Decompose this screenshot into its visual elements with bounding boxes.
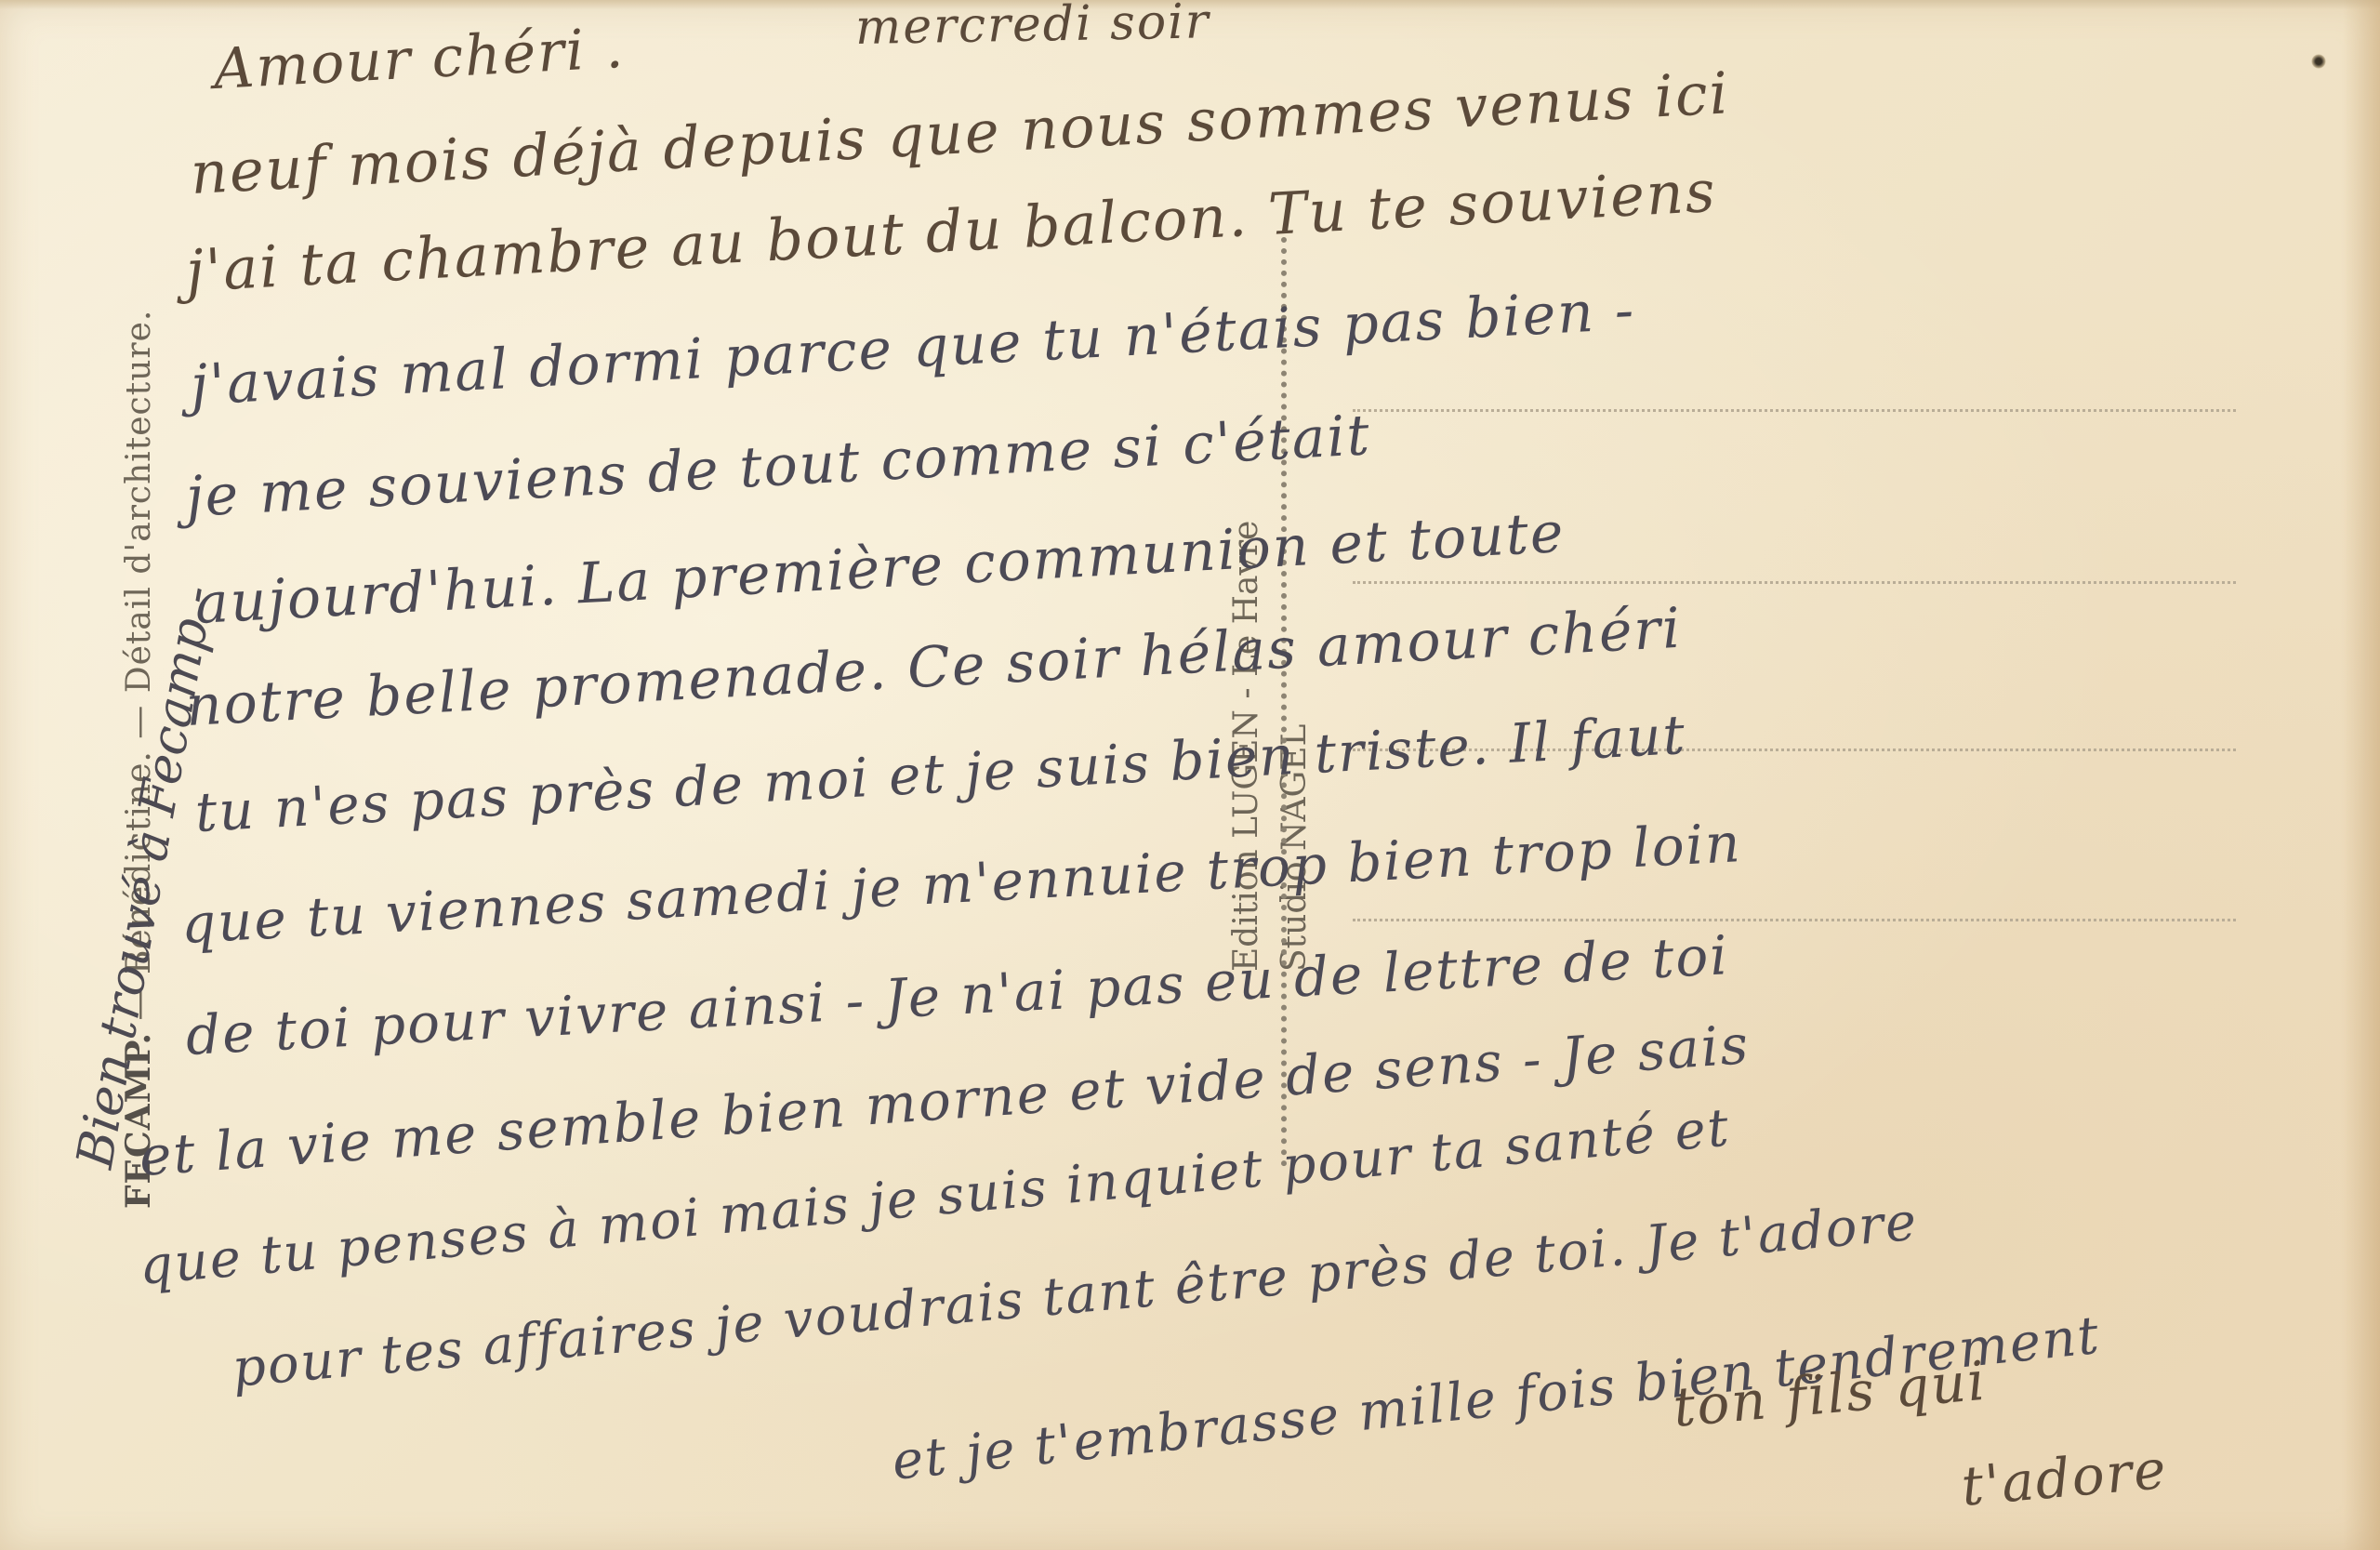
center-divider — [1281, 237, 1287, 1167]
postcard-back: FECAMP. — Bénédictine. — Détail d'archit… — [0, 0, 2380, 1550]
address-line-1 — [1353, 409, 2236, 412]
address-line-4 — [1353, 919, 2236, 921]
address-line-2 — [1353, 581, 2236, 584]
handwritten-date: mercredi soir — [854, 0, 1210, 56]
handwritten-line: Amour chéri . — [212, 16, 627, 102]
handwritten-signoff: t'adore — [1959, 1437, 2170, 1518]
handwritten-line: je me souviens de tout comme si c'était — [184, 403, 1372, 530]
card-right-edge — [2343, 0, 2380, 1550]
pin-hole — [2311, 54, 2326, 69]
handwritten-line: j'avais mal dormi parce que tu n'étais p… — [189, 278, 1637, 418]
